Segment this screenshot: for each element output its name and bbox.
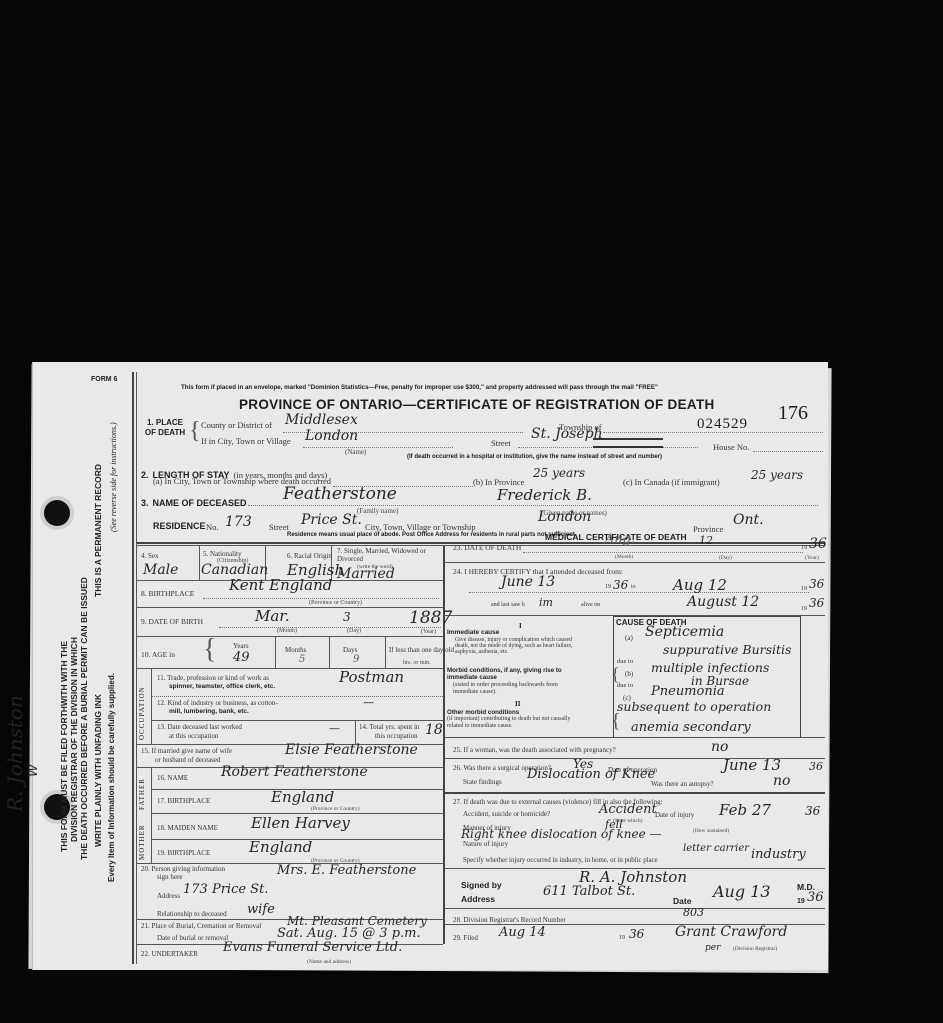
alive-on-year: 36 — [809, 596, 824, 610]
permanent-record-notice: THIS IS A PERMANENT RECORD — [93, 464, 103, 597]
form-left-border — [132, 372, 134, 964]
trade-sub: spinner, teamster, office clerk, etc. — [169, 683, 275, 690]
margin-annotation-sub: W — [25, 765, 40, 777]
mother-birthplace-label: 19. BIRTHPLACE — [157, 849, 210, 857]
postal-notice: This form if placed in an envelope, mark… — [181, 384, 658, 391]
dod-year-prefix: 19 — [801, 545, 807, 551]
op-year-value: 36 — [809, 760, 823, 773]
residence-street-label: Street — [269, 522, 289, 532]
dod-year-value: 36 — [809, 536, 827, 552]
residence-province-label: Province — [693, 524, 723, 534]
informant-address-label: Address — [157, 892, 180, 900]
informant-address-value: 173 Price St. — [183, 882, 268, 897]
cause-a-label: (a) — [625, 634, 633, 642]
occupation-section-label: OCCUPATION — [138, 686, 146, 740]
nationality-label: 5. Nationality — [203, 550, 242, 558]
cause-a-value: Septicemia — [645, 624, 724, 640]
pregnancy-label: 25. If a woman, was the death associated… — [453, 746, 616, 754]
city-value: London — [305, 428, 358, 444]
industry-label: 12. Kind of industry or business, as cot… — [157, 699, 278, 707]
other-conditions-value: anemia secondary — [631, 720, 751, 735]
undertaker-value: Evans Funeral Service Ltd. — [223, 940, 402, 955]
residence-city-label: City, Town, Village or Township — [365, 522, 476, 532]
spouse-value: Elsie Featherstone — [285, 742, 418, 758]
cause-c-value: Pneumonia — [651, 684, 725, 699]
family-name-sub: (Family name) — [357, 507, 398, 515]
death-certificate: FORM 6 R. Johnston W THIS FORM MUST BE F… — [32, 362, 828, 970]
trade-label: 11. Trade, profession or kind of work as — [157, 674, 269, 682]
immediate-label: Immediate cause — [447, 629, 499, 636]
binder-hole-top — [44, 500, 70, 526]
undertaker-sub: (Name and address) — [307, 959, 351, 965]
residence-city-value: London — [538, 509, 591, 525]
residence-no-value: 173 — [225, 514, 252, 530]
registrar-signature: Grant Crawford — [675, 924, 787, 940]
industry-value: — — [363, 696, 374, 709]
county-label: County or District of — [201, 420, 272, 430]
record-number-value: 803 — [683, 906, 704, 919]
total-years-sub: this occupation — [375, 732, 418, 740]
registration-number: 024529 — [697, 416, 748, 433]
filed-label: 29. Filed — [453, 934, 478, 942]
sig-year-prefix: 19 — [797, 898, 805, 905]
autopsy-label: Was there an autopsy? — [651, 780, 714, 788]
residence-province-value: Ont. — [733, 512, 764, 528]
racial-origin-label: 6. Racial Origin — [287, 552, 332, 560]
last-saw-label: and last saw h — [491, 602, 525, 608]
hospital-note: (If death occurred in a hospital or inst… — [407, 454, 662, 460]
deceased-name-label: 3. NAME OF DECEASED — [141, 493, 247, 511]
filed-date-value: Aug 14 — [499, 925, 546, 940]
dod-day-sub: (Day) — [719, 555, 732, 561]
relationship-value: wife — [247, 902, 275, 917]
stay-province-value: 25 years — [533, 466, 585, 480]
nature-value-2: letter carrier — [683, 843, 749, 854]
last-worked-value: — — [329, 722, 340, 735]
residence-label: RESIDENCE — [153, 521, 206, 531]
filing-notice-line-1: THIS FORM MUST BE FILED FORTHWITH WITH T… — [59, 641, 69, 852]
mother-section-label: MOTHER — [138, 824, 146, 860]
stay-canada-value: 25 years — [751, 468, 803, 482]
margin-annotation: R. Johnston — [3, 695, 27, 812]
given-name-value: Frederick B. — [497, 486, 592, 504]
morbid-label: Morbid conditions, if any, giving rise t… — [447, 667, 583, 681]
struck-text — [593, 438, 663, 448]
dod-month-sub: (Month) — [615, 554, 633, 560]
spouse-sub: or husband of deceased — [155, 756, 221, 764]
immediate-desc: Give disease, injury or complication whi… — [455, 637, 585, 656]
dod-year-sub: (Year) — [805, 555, 819, 561]
record-number-label: 28. Division Registrar's Record Number — [453, 916, 566, 924]
filing-notice-line-3: THE DEATH OCCURRED BEFORE A BURIAL PERMI… — [79, 577, 89, 860]
registrar-initials: per — [705, 943, 720, 953]
form-label: FORM 6 — [91, 376, 117, 383]
last-saw-value: im — [539, 596, 553, 609]
less-than-day-label: If less than one day old — [389, 646, 454, 654]
nature-value: Right knee dislocation of knee — — [461, 827, 661, 841]
how-sustained-sub: (How sustained) — [693, 828, 729, 834]
informant-label: 20. Person giving information — [141, 865, 225, 873]
father-section-label: FATHER — [138, 778, 146, 810]
page-number: 176 — [778, 402, 808, 425]
industry-sub: mill, lumbering, bank, etc. — [169, 708, 249, 715]
last-worked-label: 13. Date deceased last worked — [157, 723, 242, 731]
filing-notice-line-2: DIVISION REGISTRAR OF THE DIVISION IN WH… — [69, 637, 79, 842]
mother-maiden-value: Ellen Harvey — [251, 814, 350, 832]
sex-value: Male — [143, 562, 178, 578]
autopsy-value: no — [773, 773, 790, 789]
every-item-notice: Every Item of Information should be care… — [107, 673, 116, 882]
birthplace-label: 8. BIRTHPLACE — [141, 589, 194, 598]
city-label: If in City, Town or Village — [201, 436, 291, 446]
family-name-value: Featherstone — [283, 484, 397, 504]
hrs-min-label: hrs. or min. — [403, 660, 431, 666]
where-value: industry — [751, 847, 806, 862]
birthplace-sub: (Province or Country) — [309, 600, 362, 606]
birthplace-value: Kent England — [229, 576, 332, 594]
city-sub: (Name) — [345, 448, 366, 456]
informant-value: Mrs. E. Featherstone — [277, 863, 416, 878]
write-plainly-notice: WRITE PLAINLY WITH UNFADING INK — [93, 694, 103, 847]
other-label: Other morbid conditions — [447, 709, 519, 716]
residence-street-value: Price St. — [301, 512, 362, 528]
age-brace: { — [203, 634, 216, 666]
to-label: to — [631, 584, 636, 590]
father-name-label: 16. NAME — [157, 774, 188, 782]
age-months-label: Months — [285, 646, 306, 654]
dob-day-value: 3 — [343, 610, 351, 624]
attended-to-year: 36 — [809, 577, 824, 591]
sig-date-label: Date — [673, 896, 691, 906]
attended-from-year-prefix: 19 — [605, 584, 611, 590]
street-value: St. Joseph — [531, 426, 603, 442]
findings-value: Dislocation of Knee — [527, 767, 655, 782]
cause-b-value: multiple infections — [651, 660, 769, 675]
total-years-value: 18 — [425, 722, 443, 738]
where-label: Specify whether injury occurred in indus… — [463, 857, 658, 864]
findings-label: State findings — [463, 778, 502, 786]
accident-label: Accident, suicide or homicide? — [463, 810, 550, 818]
dob-month-sub: (Month) — [277, 628, 297, 634]
county-value: Middlesex — [285, 412, 358, 428]
dob-year-value: 1887 — [409, 608, 452, 628]
street-label: Street — [491, 438, 511, 448]
cause-b-label: (b) — [625, 670, 633, 678]
injury-date-value: Feb 27 — [719, 801, 771, 819]
dod-label: 23. DATE OF DEATH — [453, 543, 521, 552]
residence-no-label: No. — [206, 522, 219, 532]
stay-canada-label: (c) In Canada (if immigrant) — [623, 477, 720, 487]
due-to-2-label: due to — [617, 682, 633, 689]
informant-sub: sign here — [157, 873, 182, 881]
father-birthplace-label: 17. BIRTHPLACE — [157, 797, 210, 805]
burial-date-value: Sat. Aug. 15 @ 3 p.m. — [277, 926, 421, 941]
filed-year-value: 36 — [629, 927, 644, 941]
father-birthplace-sub: (Province or Country) — [311, 806, 360, 812]
spouse-label: 15. If married give name of wife — [141, 747, 232, 755]
attended-from-year: 36 — [613, 578, 628, 592]
sig-year-value: 36 — [807, 890, 824, 905]
other-desc: (if important) contributing to death but… — [447, 716, 585, 729]
column-divider — [443, 546, 445, 944]
nature-label: Nature of injury — [463, 840, 508, 848]
attended-from-value: June 13 — [501, 574, 555, 590]
mother-maiden-label: 18. MAIDEN NAME — [157, 824, 218, 832]
due-to-1-value: suppurative Bursitis — [663, 642, 791, 657]
relationship-label: Relationship to deceased — [157, 910, 227, 918]
dob-year-sub: (Year) — [421, 629, 436, 635]
accident-value: Accident — [599, 802, 657, 817]
dob-label: 9. DATE OF BIRTH — [141, 617, 203, 626]
burial-date-label: Date of burial or removal — [157, 934, 228, 942]
sex-label: 4. Sex — [141, 552, 159, 560]
dod-month-value: Aug. — [605, 532, 635, 547]
age-years-value: 49 — [233, 650, 250, 665]
place-of-death-label: 1. PLACE OF DEATH — [141, 418, 189, 438]
filed-year-prefix: 19 — [619, 935, 625, 941]
last-worked-sub: at this occupation — [169, 732, 218, 740]
alive-on-label: alive on — [581, 602, 600, 608]
mother-birthplace-value: England — [249, 838, 312, 856]
place-brace: { — [189, 418, 201, 445]
house-label: House No. — [713, 442, 749, 452]
sig-date-value: Aug 13 — [713, 882, 771, 901]
op-date-value: June 13 — [723, 756, 781, 774]
sig-address-value: 611 Talbot St. — [543, 884, 635, 899]
registrar-sub: (Division Registrar) — [733, 946, 777, 952]
trade-value: Postman — [339, 668, 404, 686]
cause-c-value-2: subsequent to operation — [617, 699, 771, 714]
see-reverse-notice: (See reverse side for instructions.) — [109, 422, 118, 532]
dob-month-value: Mar. — [255, 607, 290, 625]
burial-place-label: 21. Place of Burial, Cremation or Remova… — [141, 922, 261, 930]
residence-note: Residence means usual place of abode. Po… — [287, 532, 575, 538]
attended-to-value: Aug 12 — [673, 576, 727, 594]
alive-on-value: August 12 — [687, 594, 759, 610]
father-birthplace-value: England — [271, 788, 334, 806]
signed-label: Signed by — [461, 880, 502, 890]
injury-date-label: Date of injury — [655, 811, 694, 819]
injury-year-value: 36 — [805, 804, 820, 818]
total-years-label: 14. Total yrs. spent in — [359, 723, 419, 731]
morbid-desc: (stated in order proceeding backwards fr… — [453, 682, 583, 695]
age-months-value: 5 — [299, 654, 305, 665]
certificate-title: PROVINCE OF ONTARIO—CERTIFICATE OF REGIS… — [239, 397, 715, 412]
age-days-label: Days — [343, 646, 357, 654]
age-label: 10. AGE in — [141, 650, 175, 659]
sig-address-label: Address — [461, 894, 495, 904]
other-heading: II — [515, 700, 520, 708]
age-days-value: 9 — [353, 654, 359, 665]
undertaker-label: 22. UNDERTAKER — [141, 950, 198, 958]
pregnancy-value: no — [711, 739, 728, 755]
father-name-value: Robert Featherstone — [221, 764, 368, 780]
immediate-heading: I — [519, 622, 522, 630]
age-years-label: Years — [233, 642, 249, 650]
dob-day-sub: (Day) — [347, 628, 361, 634]
dod-day-value: 12 — [699, 534, 713, 547]
